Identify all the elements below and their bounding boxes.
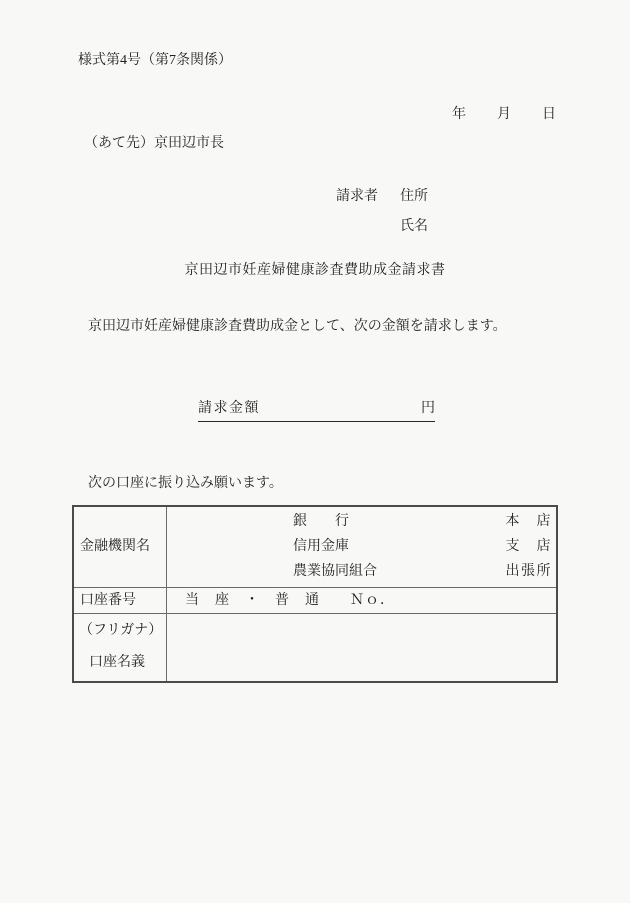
body-text: 京田辺市妊産婦健康診査費助成金として、次の金額を請求します。 [88,317,507,337]
account-holder-value-cell [167,614,556,681]
option-shinkin-branch: 支 店 [506,537,553,557]
account-number-value: 当 座 ・ 普 通 Ｎｏ． [185,591,395,611]
furigana-label: （フリガナ） [79,621,166,641]
requester-name-label: 氏名 [400,217,428,237]
account-holder-label-cell: （フリガナ） 口座名義 [74,614,167,681]
date-line: 年 月 日 [452,105,557,125]
option-bank: 銀 行 本 店 [167,509,552,534]
claim-amount-unit: 円 [421,399,435,419]
account-number-value-cell: 当 座 ・ 普 通 Ｎｏ． [167,588,556,613]
financial-institution-label-cell: 金融機関名 [74,507,167,587]
account-holder-label: 口座名義 [89,653,166,673]
table-row-financial-institution: 金融機関名 銀 行 本 店 信用金庫 支 店 農業協同組合 出張所 [74,507,556,588]
option-shinkin-type: 信用金庫 [293,537,349,557]
account-number-label: 口座番号 [80,591,136,611]
requester-label: 請求者 [336,187,378,207]
financial-institution-options-cell: 銀 行 本 店 信用金庫 支 店 農業協同組合 出張所 [167,507,556,587]
claim-amount-label: 請求金額 [198,399,260,419]
account-number-label-cell: 口座番号 [74,588,167,613]
option-agri-coop-type: 農業協同組合 [293,562,377,582]
transfer-note: 次の口座に振り込み願います。 [88,474,283,494]
requester-address-label: 住所 [400,187,428,207]
option-shinkin: 信用金庫 支 店 [167,534,552,559]
option-bank-type: 銀 行 [293,512,349,532]
financial-institution-label: 金融機関名 [80,537,150,557]
table-row-account-number: 口座番号 当 座 ・ 普 通 Ｎｏ． [74,588,556,614]
document-page: 様式第4号（第7条関係） 年 月 日 （あて先）京田辺市長 請求者 住所 氏名 … [0,0,630,903]
form-number: 様式第4号（第7条関係） [78,51,232,71]
document-title: 京田辺市妊産婦健康診査費助成金請求書 [0,261,630,281]
addressee: （あて先）京田辺市長 [84,134,224,154]
bank-account-table: 金融機関名 銀 行 本 店 信用金庫 支 店 農業協同組合 出張所 口座番号 [72,505,558,683]
option-agri-coop-branch: 出張所 [506,562,553,582]
claim-amount-line: 請求金額 円 [198,397,435,422]
option-bank-branch: 本 店 [506,512,553,532]
option-agri-coop: 農業協同組合 出張所 [167,560,552,585]
table-row-account-holder: （フリガナ） 口座名義 [74,614,556,681]
